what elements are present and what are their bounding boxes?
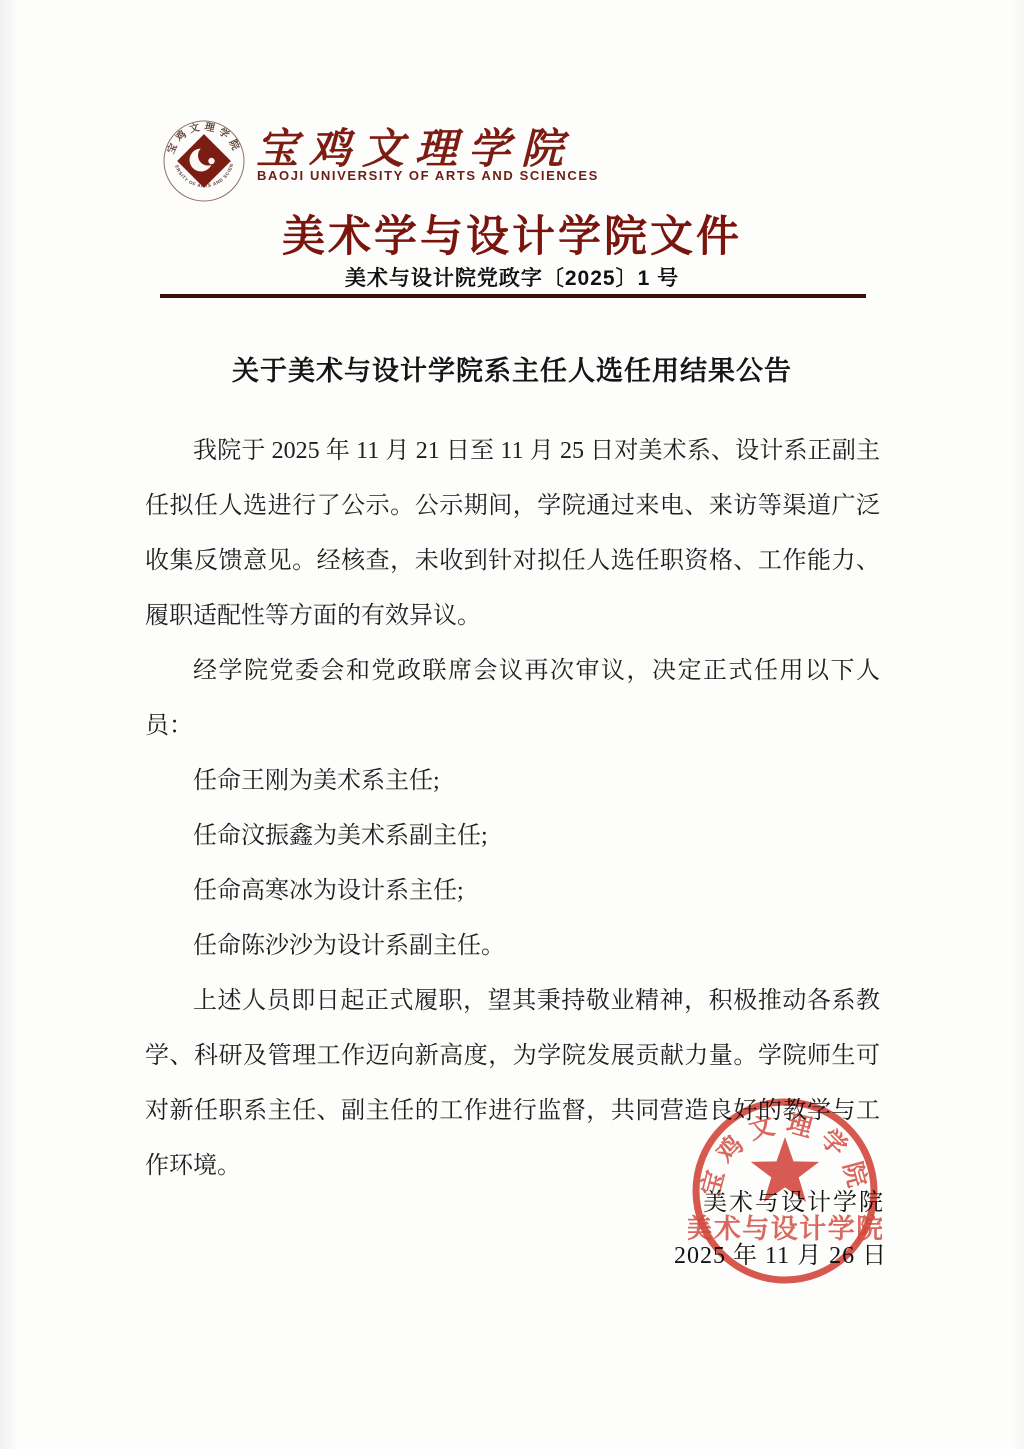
red-header-banner-title: 美术学与设计学院文件 xyxy=(0,203,1024,264)
appointment-item-4: 任命陈沙沙为设计系副主任。 xyxy=(145,919,880,974)
appointment-item-2: 任命汶振鑫为美术系副主任; xyxy=(145,809,880,864)
document-page: 宝鸡文理学院 UNIVERSITY OF ARTS AND SCIENCES 宝… xyxy=(0,0,1024,1449)
university-name-calligraphy: 宝鸡文理学院 xyxy=(256,116,574,176)
document-title: 关于美术与设计学院系主任人选任用结果公告 xyxy=(0,349,1024,388)
appointment-item-3: 任命高寒冰为设计系主任; xyxy=(145,864,880,919)
five-pointed-star-icon xyxy=(751,1137,819,1202)
paragraph-decision: 经学院党委会和党政联席会议再次审议，决定正式任用以下人员： xyxy=(145,644,880,754)
university-round-emblem-icon: 宝鸡文理学院 UNIVERSITY OF ARTS AND SCIENCES xyxy=(162,119,246,203)
red-divider-rule xyxy=(160,294,866,298)
stamp-center-text: 美术与设计学院 xyxy=(688,1214,882,1244)
university-name-english: BAOJI UNIVERSITY OF ARTS AND SCIENCES xyxy=(257,168,599,183)
document-body: 我院于 2025 年 11 月 21 日至 11 月 25 日对美术系、设计系正… xyxy=(145,424,880,1194)
paragraph-public-notice: 我院于 2025 年 11 月 21 日至 11 月 25 日对美术系、设计系正… xyxy=(145,424,880,644)
official-red-seal-icon: 宝鸡文理学院 美术与设计学院 xyxy=(688,1094,882,1288)
document-reference-number: 美术与设计院党政字〔2025〕1 号 xyxy=(0,262,1024,292)
appointment-item-1: 任命王刚为美术系主任; xyxy=(145,754,880,809)
